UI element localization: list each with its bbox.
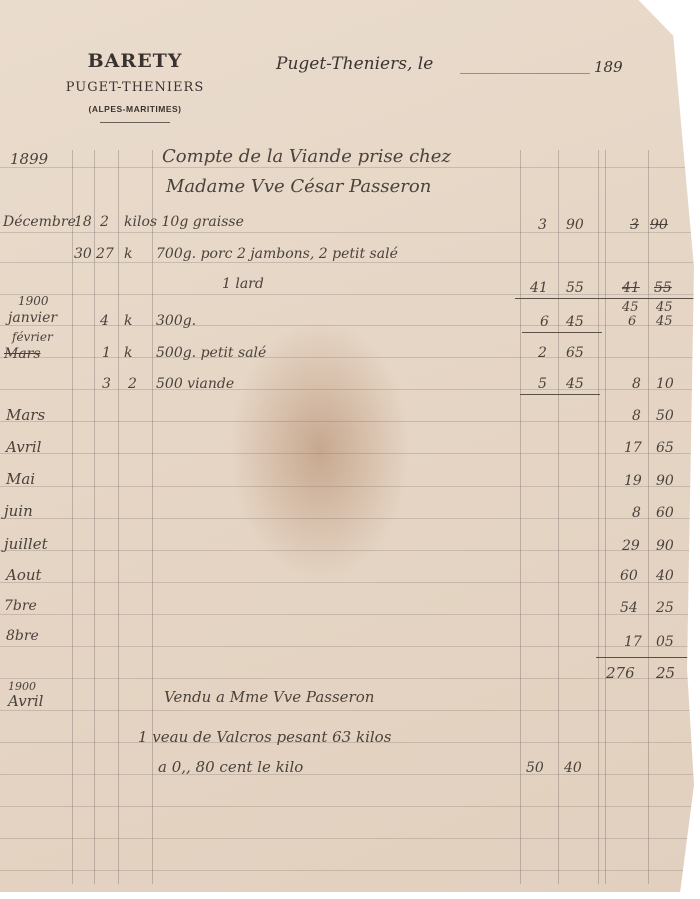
entry-day: 3 <box>102 376 111 392</box>
entry-total-c: 10 <box>656 376 674 392</box>
company-city: PUGET-THENIERS <box>50 80 220 95</box>
subtotal-rule <box>522 332 602 333</box>
month-total-fr: 17 <box>624 440 642 456</box>
entry-amount-fr: 2 <box>538 345 547 361</box>
entry-amount-c: 45 <box>566 314 584 330</box>
ruled-line <box>0 646 694 647</box>
account-title-line1: Compte de la Viande prise chez <box>162 146 451 167</box>
column-line <box>118 150 119 884</box>
month-total-fr: 8 <box>632 505 641 521</box>
month-total-c: 05 <box>656 634 674 650</box>
column-line <box>605 150 606 884</box>
month-total-fr: 19 <box>624 473 642 489</box>
sale-month: Avril <box>8 692 43 710</box>
entry-desc: 500 viande <box>156 376 234 392</box>
entry-qty: 2 <box>100 214 109 230</box>
entry-amount-c: 90 <box>566 217 584 233</box>
ruled-line <box>0 838 694 839</box>
ruled-line <box>0 294 694 295</box>
ruled-line <box>0 550 694 551</box>
month-label: Mars <box>6 406 45 424</box>
entry-unit: k <box>124 345 132 361</box>
entry-total-c: 55 <box>654 280 672 296</box>
sale-line1: Vendu a Mme Vve Passeron <box>164 688 374 706</box>
sale-amount-c: 40 <box>564 760 582 776</box>
column-line <box>598 150 599 884</box>
ruled-line <box>0 614 694 615</box>
entry-total-c: 45 <box>656 314 673 329</box>
entry-total-above-c: 45 <box>656 300 673 315</box>
entry-desc: 500g. petit salé <box>156 345 266 361</box>
month-total-fr: 17 <box>624 634 642 650</box>
entry-amount-c: 45 <box>566 376 584 392</box>
column-line <box>152 150 153 884</box>
ruled-line <box>0 870 694 871</box>
month-total-c: 40 <box>656 568 674 584</box>
column-line <box>520 150 521 884</box>
ruled-line <box>0 582 694 583</box>
entry-day: 18 <box>74 214 92 230</box>
month-label: Mai <box>6 470 35 488</box>
entry-qty: 27 <box>96 246 114 262</box>
subtotal-rule <box>515 298 695 299</box>
grand-total-fr: 276 <box>606 664 635 682</box>
company-region: (ALPES-MARITIMES) <box>50 104 220 114</box>
entry-desc2: 1 lard <box>222 276 264 292</box>
sale-line2: 1 veau de Valcros pesant 63 kilos <box>138 728 391 746</box>
ruled-line <box>0 486 694 487</box>
account-year: 1899 <box>10 150 48 168</box>
entry-month: janvier <box>8 310 57 326</box>
entry-amount-fr: 3 <box>538 217 547 233</box>
sale-line3: a 0,, 80 cent le kilo <box>158 758 303 776</box>
invoice-paper: BARETY PUGET-THENIERS (ALPES-MARITIMES) … <box>0 0 694 892</box>
entry-day: 30 <box>74 246 92 262</box>
column-line <box>558 150 559 884</box>
entry-amount-c: 65 <box>566 345 584 361</box>
ruled-line <box>0 453 694 454</box>
month-total-c: 90 <box>656 538 674 554</box>
entry-amount-fr: 6 <box>540 314 549 330</box>
month-total-fr: 8 <box>632 408 641 424</box>
year-prefix: 189 <box>594 58 623 76</box>
ruled-line <box>0 262 694 263</box>
ruled-line <box>0 167 694 168</box>
month-total-c: 65 <box>656 440 674 456</box>
entry-total-fr: 6 <box>628 314 636 329</box>
subtotal-rule <box>520 394 600 395</box>
month-label: Aout <box>6 566 42 584</box>
month-total-c: 25 <box>656 600 674 616</box>
entry-amount-fr: 5 <box>538 376 547 392</box>
entry-desc: kilos 10g graisse <box>124 214 244 230</box>
ornament-divider <box>100 122 170 129</box>
sale-amount-fr: 50 <box>526 760 544 776</box>
grand-total-c: 25 <box>656 664 675 682</box>
month-total-fr: 54 <box>620 600 638 616</box>
ruled-line <box>0 806 694 807</box>
month-label: 7bre <box>4 598 37 614</box>
column-line <box>94 150 95 884</box>
entry-amount-fr: 41 <box>530 280 548 296</box>
month-label: juin <box>4 502 33 520</box>
month-label: Avril <box>6 438 41 456</box>
entry-desc: 300g. <box>156 313 196 329</box>
entry-total-c: 90 <box>650 217 668 233</box>
month-total-fr: 60 <box>620 568 638 584</box>
month-label: juillet <box>4 535 48 553</box>
month-total-fr: 29 <box>622 538 640 554</box>
entry-month: février <box>12 330 53 344</box>
ruled-line <box>0 678 694 679</box>
entry-total-above-fr: 45 <box>622 300 639 315</box>
ruled-line <box>0 421 694 422</box>
entry-day: 4 <box>100 313 109 329</box>
date-blank-line <box>460 73 590 74</box>
month-total-c: 50 <box>656 408 674 424</box>
account-title-line2: Madame Vve César Passeron <box>166 176 431 197</box>
ruled-line <box>0 774 694 775</box>
entry-unit: k <box>124 246 132 262</box>
entry-month-struck: Mars <box>4 346 41 362</box>
entry-amount-c: 55 <box>566 280 584 296</box>
ruled-line <box>0 710 694 711</box>
entry-total-fr: 8 <box>632 376 641 392</box>
column-line <box>648 150 649 884</box>
entry-month: Décembre <box>3 214 76 230</box>
grand-total-rule <box>596 657 694 658</box>
ruled-line <box>0 232 694 233</box>
entry-unit: k <box>124 313 132 329</box>
month-total-c: 90 <box>656 473 674 489</box>
entry-total-fr: 3 <box>630 217 639 233</box>
ruled-line <box>0 518 694 519</box>
company-name: BARETY <box>50 50 220 72</box>
place-date-label: Puget-Theniers, le <box>276 54 433 74</box>
entry-total-fr: 41 <box>622 280 640 296</box>
month-label: 8bre <box>6 628 39 644</box>
entry-desc: 700g. porc 2 jambons, 2 petit salé <box>156 246 398 262</box>
entry-qty: 2 <box>128 376 137 392</box>
month-total-c: 60 <box>656 505 674 521</box>
entry-year: 1900 <box>18 294 49 308</box>
entry-day: 1 <box>102 345 111 361</box>
column-line <box>72 150 73 884</box>
